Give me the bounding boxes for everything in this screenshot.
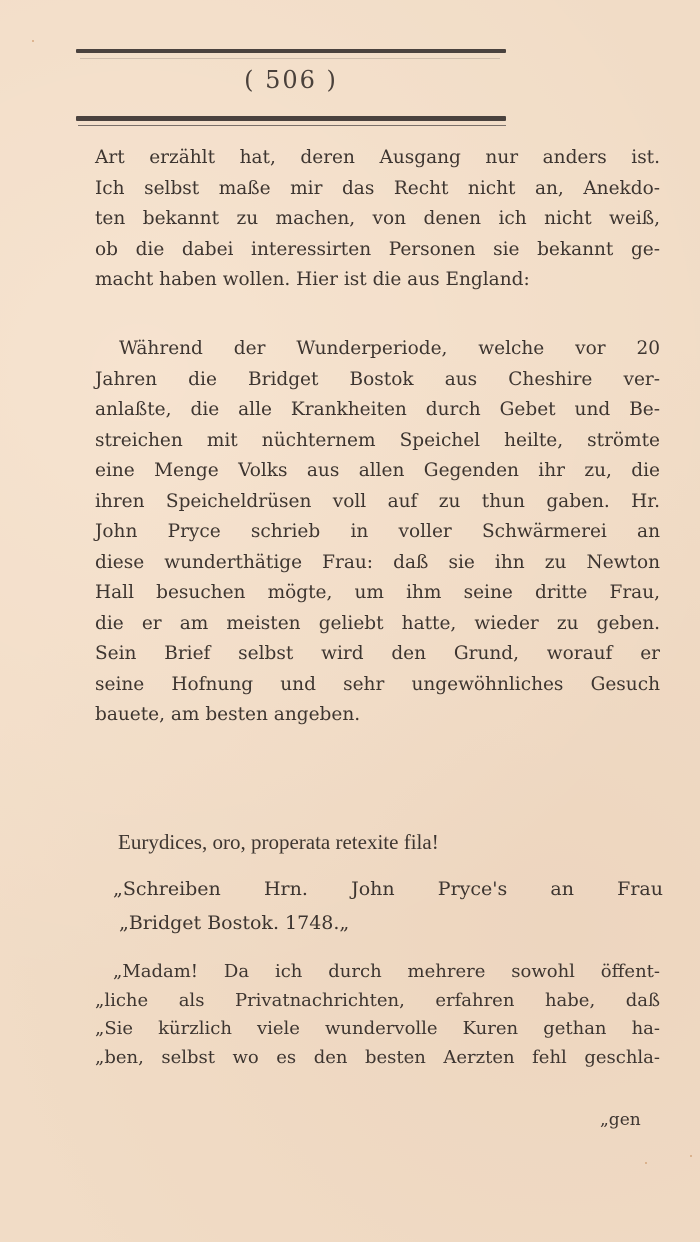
heading-line: „Bridget Bostok. 1748.„ [113,906,663,940]
text-line: Sein Brief selbst wird den Grund, worauf… [95,639,660,670]
paragraph-1: Art erzählt hat, deren Ausgang nur ander… [95,143,660,296]
text-line: John Pryce schrieb in voller Schwärmerei… [95,517,660,548]
paper-speck [32,40,34,42]
letter-line: „ben, selbst wo es den besten Aerzten fe… [95,1044,660,1073]
text-line: macht haben wollen. Hier ist die aus Eng… [95,265,660,296]
text-line: bauete, am besten angeben. [95,700,660,731]
text-line: streichen mit nüchternem Speichel heilte… [95,426,660,457]
text-line: die er am meisten geliebt hatte, wieder … [95,609,660,640]
text-line: Jahren die Bridget Bostok aus Cheshire v… [95,365,660,396]
letter-line: „liche als Privatnachrichten, erfahren h… [95,987,660,1016]
header-rule-bottom-thin [78,125,506,126]
header-rule-top [76,49,506,53]
text-line: diese wunderthätige Frau: daß sie ihn zu… [95,548,660,579]
text-line: Art erzählt hat, deren Ausgang nur ander… [95,143,660,174]
text-line: seine Hofnung und sehr ungewöhnliches Ge… [95,670,660,701]
paragraph-2: Während der Wunderperiode, welche vor 20… [95,334,660,731]
heading-line: „Schreiben Hrn. John Pryce's an Frau [113,872,663,906]
book-page: ( 506 ) Art erzählt hat, deren Ausgang n… [0,0,700,1242]
text-line: Hall besuchen mögte, um ihm seine dritte… [95,578,660,609]
text-line: anlaßte, die alle Krankheiten durch Gebe… [95,395,660,426]
paper-speck [645,1162,647,1164]
header-rule-bottom [76,116,506,121]
text-line: Ich selbst maße mir das Recht nicht an, … [95,174,660,205]
catchword: „gen [600,1110,641,1130]
text-line: ob die dabei interessirten Personen sie … [95,235,660,266]
letter-heading: „Schreiben Hrn. John Pryce's an Frau „Br… [113,872,663,940]
text-line: eine Menge Volks aus allen Gegenden ihr … [95,456,660,487]
text-line: ihren Speicheldrüsen voll auf zu thun ga… [95,487,660,518]
letter-body: „Madam! Da ich durch mehrere sowohl öffe… [95,958,660,1072]
paper-speck [690,1155,692,1157]
page-number: ( 506 ) [0,66,582,94]
header-rule-top-shadow [80,58,500,59]
text-line: Während der Wunderperiode, welche vor 20 [95,334,660,365]
latin-epigraph: Eurydices, oro, properata retexite fila! [118,830,638,855]
letter-line: „Madam! Da ich durch mehrere sowohl öffe… [95,958,660,987]
letter-line: „Sie kürzlich viele wundervolle Kuren ge… [95,1015,660,1044]
text-line: ten bekannt zu machen, von denen ich nic… [95,204,660,235]
